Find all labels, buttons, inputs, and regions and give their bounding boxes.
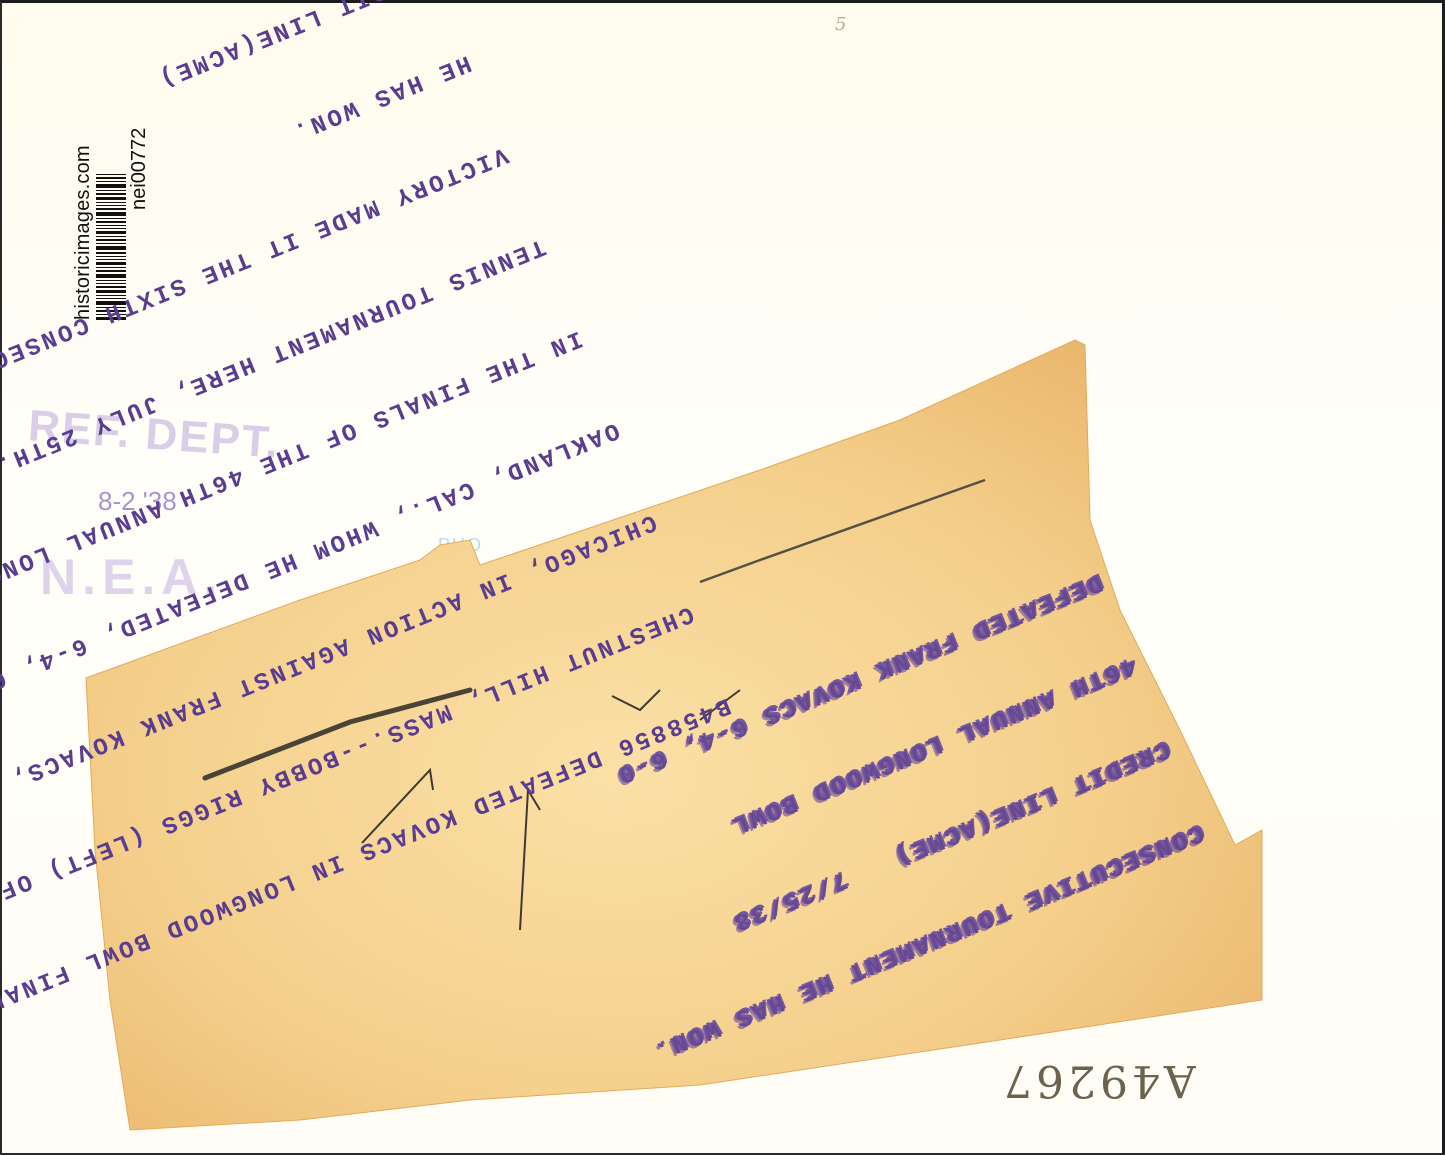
handwritten-inventory-code: A49267 <box>1000 1055 1196 1106</box>
